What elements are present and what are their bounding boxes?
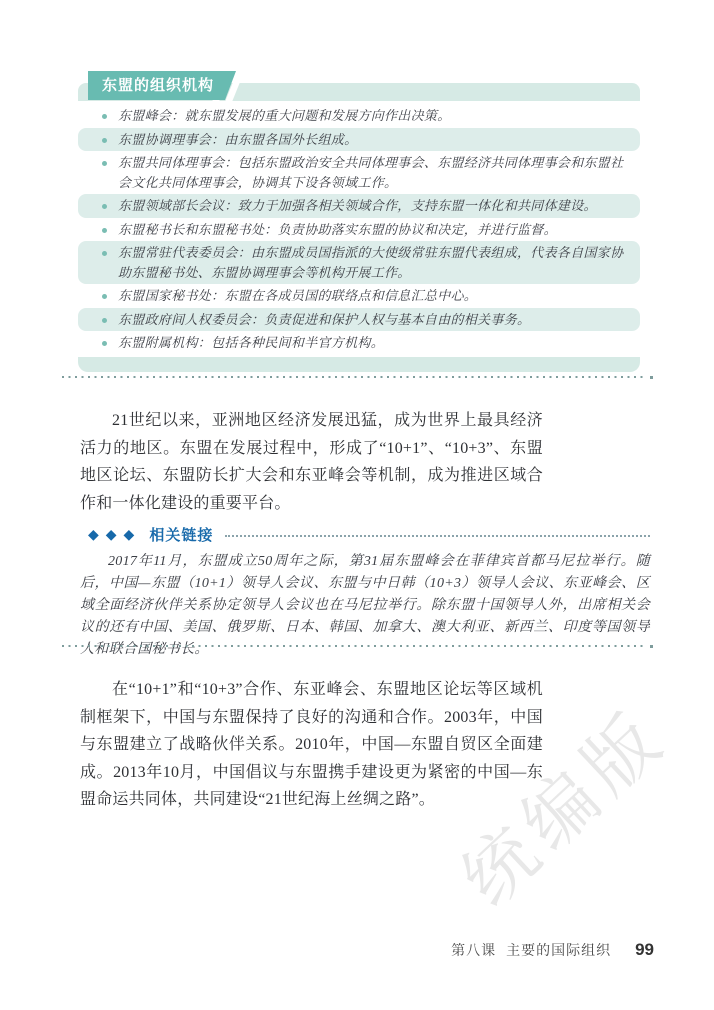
- bullet-icon: [102, 251, 107, 256]
- dotted-rule: [225, 535, 650, 537]
- list-item-text: 东盟秘书长和东盟秘书处：负责协助落实东盟的协议和决定，并进行监督。: [118, 222, 557, 237]
- page-footer: 第八课 主要的国际组织 99: [0, 940, 654, 960]
- related-link-title: 相关链接: [149, 524, 213, 545]
- bullet-icon: [102, 228, 107, 233]
- list-item: 东盟政府间人权委员会：负责促进和保护人权与基本自由的相关事务。: [78, 308, 640, 332]
- list-item: 东盟协调理事会：由东盟各国外长组成。: [78, 128, 640, 152]
- list-item-text: 东盟共同体理事会：包括东盟政治安全共同体理事会、东盟经济共同体理事会和东盟社会文…: [118, 155, 623, 190]
- asean-organisation-box: 东盟的组织机构 东盟峰会：就东盟发展的重大问题和发展方向作出决策。 东盟协调理事…: [78, 70, 640, 372]
- list-item-text: 东盟常驻代表委员会：由东盟成员国指派的大使级常驻东盟代表组成，代表各自国家协助东…: [118, 245, 623, 280]
- textbook-page: 东盟的组织机构 东盟峰会：就东盟发展的重大问题和发展方向作出决策。 东盟协调理事…: [0, 0, 714, 1010]
- org-box-header: 东盟的组织机构: [78, 70, 640, 101]
- list-item: 东盟秘书长和东盟秘书处：负责协助落实东盟的协议和决定，并进行监督。: [78, 218, 640, 242]
- bullet-icon: [102, 204, 107, 209]
- footer-lesson-label: 第八课: [451, 940, 496, 960]
- bullet-icon: [102, 138, 107, 143]
- list-item: 东盟领域部长会议：致力于加强各相关领域合作，支持东盟一体化和共同体建设。: [78, 194, 640, 218]
- list-item: 东盟国家秘书处：东盟在各成员国的联络点和信息汇总中心。: [78, 284, 640, 308]
- body-paragraph: 在“10+1”和“10+3”合作、东亚峰会、东盟地区论坛等区域机制框架下，中国与…: [80, 676, 543, 814]
- org-box-title-tab: 东盟的组织机构: [88, 71, 236, 100]
- dotted-divider: [62, 645, 644, 647]
- list-item: 东盟附属机构：包括各种民间和半官方机构。: [78, 331, 640, 355]
- list-item-text: 东盟领域部长会议：致力于加强各相关领域合作，支持东盟一体化和共同体建设。: [118, 198, 597, 213]
- list-item: 东盟常驻代表委员会：由东盟成员国指派的大使级常驻东盟代表组成，代表各自国家协助东…: [78, 241, 640, 284]
- list-item: 东盟峰会：就东盟发展的重大问题和发展方向作出决策。: [78, 104, 640, 128]
- bullet-icon: [102, 341, 107, 346]
- bullet-icon: [102, 161, 107, 166]
- body-paragraph: 21世纪以来，亚洲地区经济发展迅猛，成为世界上最具经济活力的地区。东盟在发展过程…: [80, 407, 543, 517]
- box-bottom-band: [78, 357, 640, 372]
- list-item-text: 东盟附属机构：包括各种民间和半官方机构。: [118, 335, 384, 350]
- list-item-text: 东盟协调理事会：由东盟各国外长组成。: [118, 132, 357, 147]
- list-item-text: 东盟国家秘书处：东盟在各成员国的联络点和信息汇总中心。: [118, 288, 477, 303]
- org-list: 东盟峰会：就东盟发展的重大问题和发展方向作出决策。 东盟协调理事会：由东盟各国外…: [78, 104, 640, 355]
- footer-chapter-title: 主要的国际组织: [506, 940, 611, 960]
- bullet-icon: [102, 114, 107, 119]
- diamond-icons: ◆◆◆: [88, 528, 141, 542]
- page-number: 99: [635, 940, 654, 960]
- dotted-divider: [62, 376, 644, 378]
- related-link-header: ◆◆◆ 相关链接: [88, 524, 650, 545]
- bullet-icon: [102, 294, 107, 299]
- list-item-text: 东盟政府间人权委员会：负责促进和保护人权与基本自由的相关事务。: [118, 312, 530, 327]
- bullet-icon: [102, 318, 107, 323]
- list-item-text: 东盟峰会：就东盟发展的重大问题和发展方向作出决策。: [118, 108, 451, 123]
- list-item: 东盟共同体理事会：包括东盟政治安全共同体理事会、东盟经济共同体理事会和东盟社会文…: [78, 151, 640, 194]
